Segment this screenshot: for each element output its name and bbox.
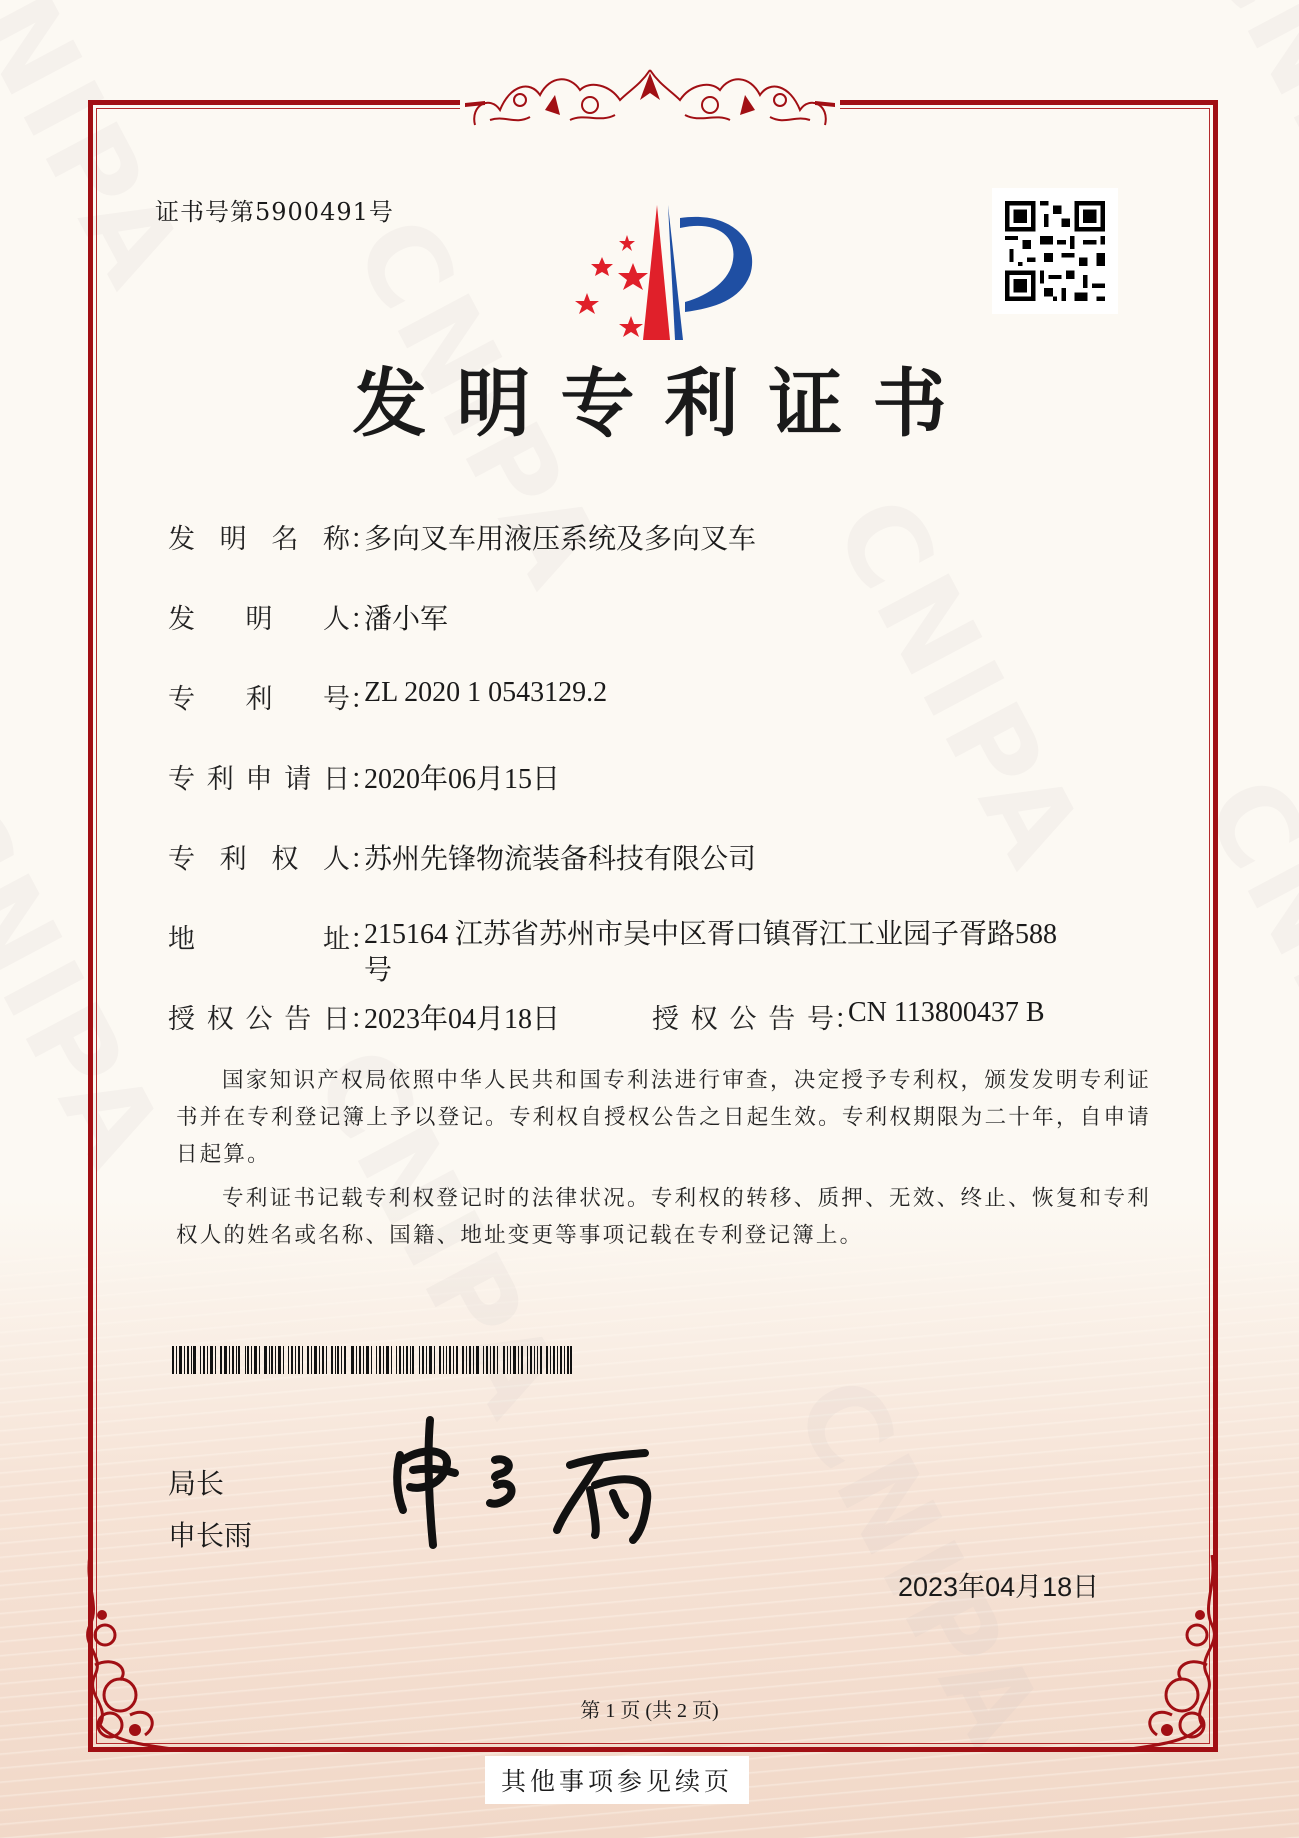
director-name: 申长雨 xyxy=(168,1514,252,1554)
field-value: 215164 江苏省苏州市吴中区胥口镇胥江工业园子胥路588号 xyxy=(364,917,1064,989)
certificate-title: 发明专利证书 xyxy=(0,345,1299,451)
dragon-ornament-icon xyxy=(460,65,840,135)
field-value: 多向叉车用液压系统及多向叉车 xyxy=(364,517,756,557)
field-label: 发明人 xyxy=(168,597,350,637)
legal-paragraph-1: 国家知识产权局依照中华人民共和国专利法进行审查，决定授予专利权，颁发发明专利证书… xyxy=(176,1062,1151,1173)
field-address: 地址 ： 215164 江苏省苏州市吴中区胥口镇胥江工业园子胥路588号 xyxy=(168,917,1064,989)
field-invention-name: 发明名称 ： 多向叉车用液压系统及多向叉车 xyxy=(168,517,756,557)
field-inventor: 发明人 ： 潘小军 xyxy=(168,597,448,637)
field-value: 苏州先锋物流装备科技有限公司 xyxy=(364,837,756,877)
field-value: 2020年06月15日 xyxy=(364,757,560,797)
field-application-date: 专利申请日 ： 2020年06月15日 xyxy=(168,757,560,797)
barcode xyxy=(172,1346,572,1374)
director-signature-icon xyxy=(385,1415,685,1555)
field-grant-date: 授权公告日 ： 2023年04月18日 xyxy=(168,997,560,1037)
issue-date: 2023年04月18日 xyxy=(898,1565,1099,1604)
field-label: 授权公告号 xyxy=(652,997,834,1036)
field-value: CN 113800437 B xyxy=(848,997,1045,1036)
continued-note: 其他事项参见续页 xyxy=(485,1756,749,1804)
director-title: 局长 xyxy=(168,1462,224,1502)
field-label: 专利号 xyxy=(168,677,350,716)
qr-code xyxy=(992,188,1118,314)
field-label: 授权公告日 xyxy=(168,997,350,1037)
field-label: 专利申请日 xyxy=(168,757,350,797)
certificate-number: 证书号第5900491号 xyxy=(155,192,394,227)
cnipa-logo-icon xyxy=(555,190,755,340)
field-label: 专利权人 xyxy=(168,837,350,877)
field-value: 2023年04月18日 xyxy=(364,997,560,1037)
corner-ornament-icon xyxy=(80,1555,190,1755)
field-patentee: 专利权人 ： 苏州先锋物流装备科技有限公司 xyxy=(168,837,756,877)
field-patent-number: 专利号 ： ZL 2020 1 0543129.2 xyxy=(168,677,607,716)
field-announcement-number: 授权公告号 ： CN 113800437 B xyxy=(652,997,1045,1036)
corner-ornament-icon xyxy=(1112,1555,1222,1755)
field-label: 地址 xyxy=(168,917,350,989)
field-value: 潘小军 xyxy=(364,597,448,637)
legal-paragraph-2: 专利证书记载专利权登记时的法律状况。专利权的转移、质押、无效、终止、恢复和专利权… xyxy=(176,1180,1151,1254)
field-label: 发明名称 xyxy=(168,517,350,557)
field-value: ZL 2020 1 0543129.2 xyxy=(364,677,607,716)
page-indicator: 第 1 页 (共 2 页) xyxy=(0,1694,1299,1723)
